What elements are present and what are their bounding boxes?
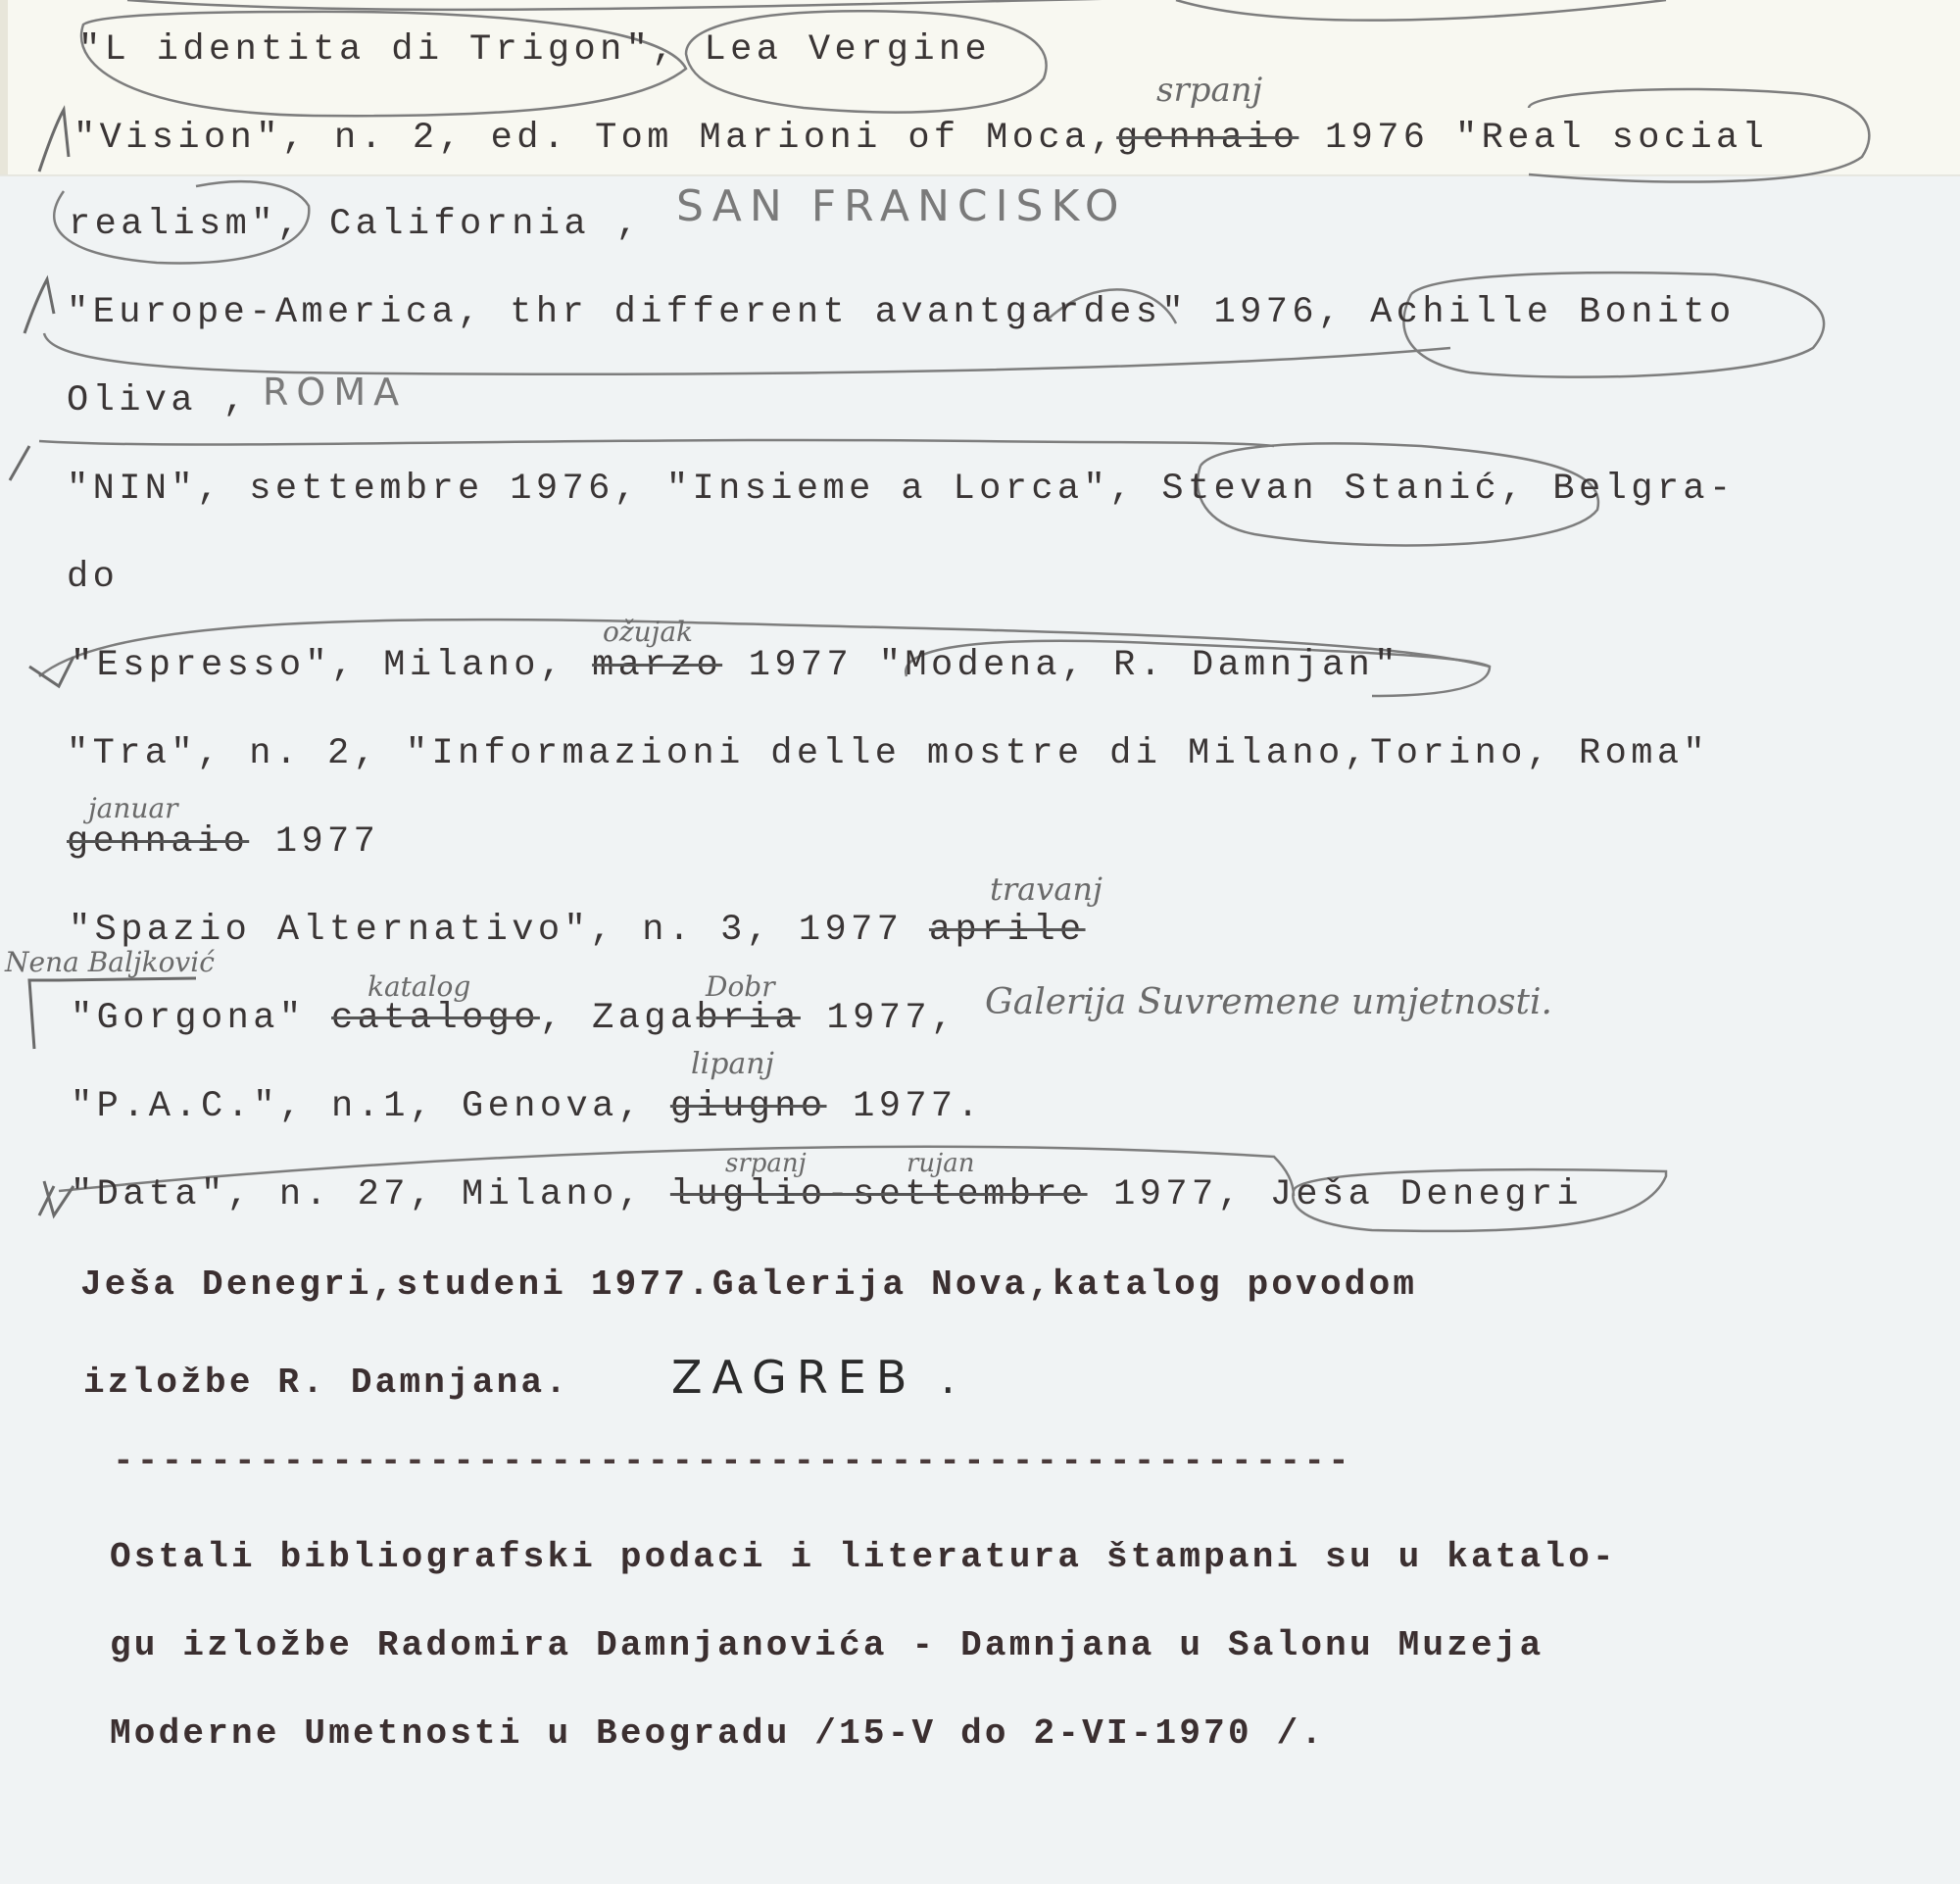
- struck-gennaio: gennaio: [1116, 118, 1298, 159]
- struck-gennaio-2: gennaio: [67, 821, 249, 863]
- struck-luglio-settembre: luglio-settembre: [670, 1174, 1088, 1215]
- struck-bria: bria: [697, 998, 801, 1039]
- paper-edge: [0, 0, 8, 176]
- pac-text: "P.A.C.", n.1, Genova,: [71, 1086, 670, 1127]
- entry-vision: "Vision", n. 2, ed. Tom Marioni of Moca,…: [73, 118, 1768, 159]
- entry-trigon: "L identita di Trigon", Lea Vergine: [78, 29, 991, 71]
- entry-nin-cont: do: [67, 557, 119, 598]
- correction-katalog: katalog: [367, 970, 470, 1003]
- correction-rujan: rujan: [906, 1149, 974, 1178]
- annotation-zagreb: ZAGREB .: [671, 1351, 965, 1404]
- correction-dobr: Dobr: [706, 970, 775, 1003]
- struck-aprile: aprile: [929, 910, 1086, 951]
- entry-espresso: "Espresso", Milano, marzo 1977 "Modena, …: [71, 645, 1400, 686]
- annotation-roma: ROMA: [263, 371, 407, 414]
- entry-pac: "P.A.C.", n.1, Genova, giugno 1977.: [71, 1086, 983, 1127]
- gorgona-city: , Zaga: [540, 998, 697, 1039]
- footer-line-1: Ostali bibliografski podaci i literatura…: [110, 1537, 1617, 1577]
- annotation-galerija: Galerija Suvremene umjetnosti.: [985, 982, 1552, 1022]
- struck-marzo: marzo: [592, 645, 722, 686]
- spazio-text: "Spazio Alternativo", n. 3, 1977: [69, 910, 929, 951]
- struck-giugno: giugno: [670, 1086, 827, 1127]
- entry-europe: "Europe-America, thr different avantgard…: [67, 292, 1736, 333]
- espresso-text-end: 1977 "Modena, R. Damnjan": [722, 645, 1400, 686]
- entry-data: "Data", n. 27, Milano, luglio-settembre …: [71, 1174, 1583, 1215]
- entry-europe-cont: Oliva ,: [67, 380, 249, 421]
- entry-tra-cont: gennaio 1977: [67, 821, 379, 863]
- correction-travanj: travanj: [990, 870, 1102, 908]
- struck-catalogo: catalogo: [331, 998, 540, 1039]
- gorgona-text: "Gorgona": [71, 998, 331, 1039]
- tra-year: 1977: [249, 821, 379, 863]
- entry-spazio: "Spazio Alternativo", n. 3, 1977 aprile: [69, 910, 1086, 951]
- pac-year: 1977.: [827, 1086, 984, 1127]
- espresso-text: "Espresso", Milano,: [71, 645, 592, 686]
- denegri-line-1: Ješa Denegri,studeni 1977.Galerija Nova,…: [80, 1264, 1417, 1305]
- entry-vision-cont: realism", California ,: [69, 204, 642, 245]
- entry-tra: "Tra", n. 2, "Informazioni delle mostre …: [67, 733, 1709, 774]
- margin-note-baljkovic: Nena Baljković: [5, 946, 215, 978]
- correction-srpanj-2: srpanj: [725, 1149, 807, 1178]
- gorgona-year: 1977,: [801, 998, 957, 1039]
- data-text-end: 1977, Ješa Denegri: [1088, 1174, 1583, 1215]
- data-text: "Data", n. 27, Milano,: [71, 1174, 670, 1215]
- correction-januar: januar: [88, 792, 178, 824]
- entry-nin: "NIN", settembre 1976, "Insieme a Lorca"…: [67, 469, 1736, 510]
- correction-srpanj: srpanj: [1156, 71, 1262, 110]
- denegri-line-2: izložbe R. Damnjana.: [83, 1363, 569, 1403]
- footer-line-2: gu izložbe Radomira Damnjanovića - Damnj…: [110, 1625, 1543, 1665]
- entry-gorgona: "Gorgona" catalogo, Zagabria 1977,: [71, 998, 957, 1039]
- separator-line: ----------------------------------------…: [113, 1441, 1352, 1481]
- vision-text: "Vision", n. 2, ed. Tom Marioni of Moca,: [73, 118, 1116, 159]
- footer-line-3: Moderne Umetnosti u Beogradu /15-V do 2-…: [110, 1713, 1325, 1754]
- correction-lipanj: lipanj: [691, 1047, 774, 1081]
- annotation-san-francisko: SAN FRANCISKO: [676, 181, 1127, 231]
- vision-text-end: 1976 "Real social: [1298, 118, 1768, 159]
- correction-ozujak: ožujak: [603, 616, 693, 648]
